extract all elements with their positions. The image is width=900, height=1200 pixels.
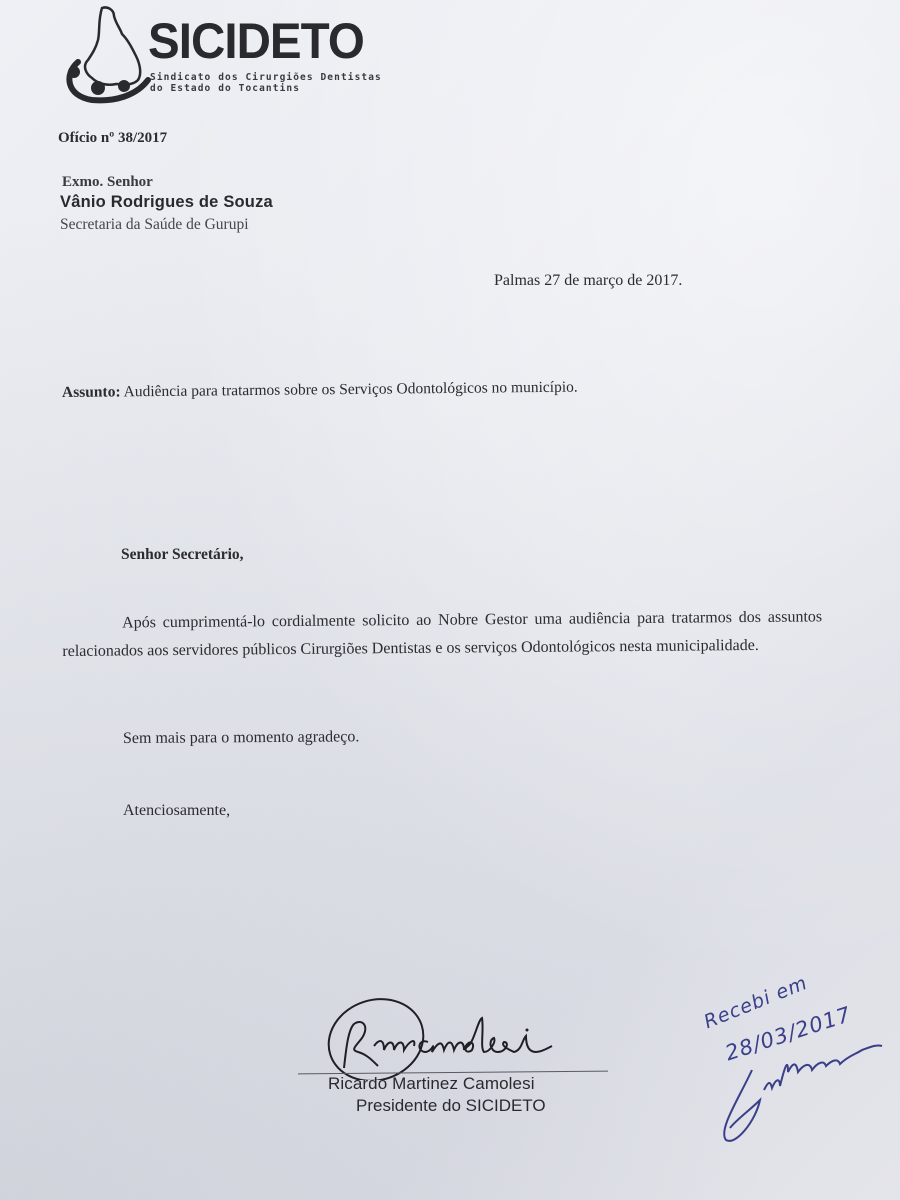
recipient-name: Vânio Rodrigues de Souza: [60, 193, 273, 212]
signer-name: Ricardo Martinez Camolesi: [328, 1074, 535, 1094]
body-text: Após cumprimentá-lo cordialmente solicit…: [62, 608, 822, 660]
subject-label: Assunto:: [62, 383, 121, 401]
signer-role: Presidente do SICIDETO: [356, 1096, 546, 1116]
org-full-name: Sindicato dos Cirurgiões Dentistas do Es…: [150, 72, 382, 94]
recipient-title: Exmo. Senhor: [62, 174, 153, 191]
document-reference: Ofício nº 38/2017: [58, 130, 167, 147]
org-name-line2: do Estado do Tocantins: [150, 83, 382, 94]
org-acronym: SICIDETO: [148, 16, 364, 66]
receipt-annotation: Recebi em 28/03/2017: [690, 960, 900, 1160]
handwritten-signature-icon: [296, 990, 626, 1080]
tocantins-map-with-people-icon: [58, 4, 154, 104]
body-paragraph: Após cumprimentá-lo cordialmente solicit…: [62, 603, 822, 666]
signature-block: Ricardo Martinez Camolesi Presidente do …: [296, 990, 626, 1140]
recipient-organization: Secretaria da Saúde de Gurupi: [60, 216, 249, 234]
subject-line: Assunto: Audiência para tratarmos sobre …: [62, 379, 578, 402]
subject-text: Audiência para tratarmos sobre os Serviç…: [124, 379, 578, 401]
letterhead-logo: SICIDETO Sindicato dos Cirurgiões Dentis…: [58, 4, 398, 104]
greeting: Senhor Secretário,: [121, 546, 244, 564]
place-date: Palmas 27 de março de 2017.: [494, 272, 682, 290]
sign-off: Atenciosamente,: [123, 802, 230, 820]
receipt-signature-icon: [690, 960, 900, 1160]
closing-line: Sem mais para o momento agradeço.: [123, 728, 359, 748]
org-name-line1: Sindicato dos Cirurgiões Dentistas: [150, 72, 382, 83]
